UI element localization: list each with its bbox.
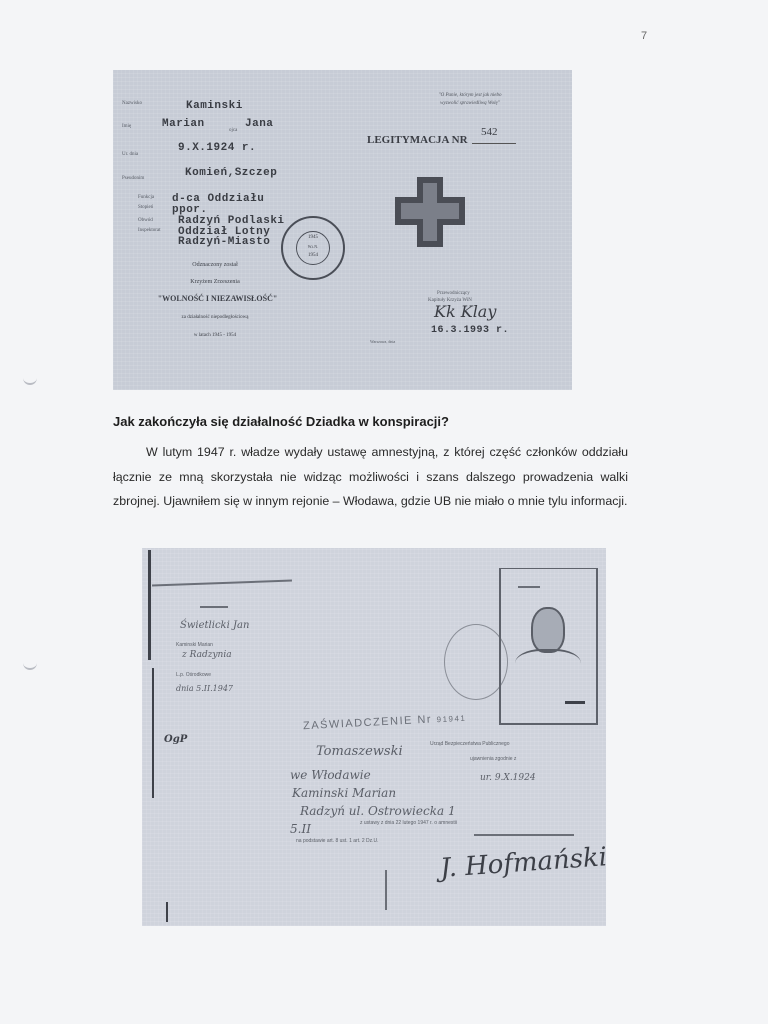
printed-line: na podstawie art. 8 ust. 1 art. 2 Dz.U. (296, 838, 379, 844)
stub-line: dnia 5.II.1947 (176, 684, 233, 693)
field-label: Pseudonim (122, 176, 144, 181)
award-line: Odznaczony został (150, 262, 280, 268)
stub-border-line (152, 668, 154, 798)
handwritten-line: Tomaszewski (316, 744, 403, 759)
cross-emblem-icon (395, 177, 465, 247)
punch-hole-top (23, 376, 37, 385)
award-title: "WOLNOŚĆ I NIEZAWISŁOŚĆ" (120, 294, 315, 303)
photo-mark (565, 701, 585, 704)
field-label: Inspektorat (138, 228, 161, 233)
stub-line: z Radzynia (182, 650, 232, 660)
number-underline (472, 143, 516, 144)
field-label: Stopień (138, 205, 153, 210)
handwritten-line: Kaminski Marian (292, 786, 396, 800)
portrait-face (531, 607, 565, 653)
field-label: Ur. dnia (122, 152, 138, 157)
page-number: 7 (641, 30, 647, 42)
stamp-line (385, 870, 387, 910)
unit-location-value: Radzyń-Miasto (178, 236, 270, 248)
field-label: Funkcja (138, 195, 154, 200)
signature-line (474, 834, 574, 836)
field-label: Obwód (138, 218, 153, 223)
portrait-shoulders (515, 649, 581, 685)
stub-border-line (148, 550, 151, 660)
field-label: Nazwisko (122, 101, 142, 106)
handwritten-line: 5.II (290, 822, 311, 836)
stub-line: Świetlicki Jan (180, 620, 249, 631)
card-motto: "O Panie, którym jest jak niebo wyzwolić… (395, 92, 545, 108)
round-seal-stamp: 1945 W.i.N. 1954 (281, 216, 345, 280)
surname-value: Kaminski (186, 100, 243, 112)
legitymacja-number: 542 (481, 126, 498, 138)
printed-line: Urząd Bezpieczeństwa Publicznego (430, 741, 510, 747)
first-name-value: Marian (162, 118, 205, 130)
photo-top-mark (518, 586, 540, 588)
printed-line: ujawnienia zgodnie z (470, 756, 516, 762)
award-line: za działalność niepodległościową (140, 315, 290, 320)
award-line: w latach 1945 - 1954 (140, 333, 290, 338)
handwritten-line: we Włodawie (290, 768, 371, 782)
printed-line: ur. 9.X.1924 (480, 773, 536, 783)
handwritten-line: Radzyń ul. Ostrowiecka 1 (300, 804, 456, 818)
id-photo (499, 568, 598, 725)
signature: Kk Klay (434, 302, 496, 321)
place-label: Warszawa, dnia (370, 339, 395, 344)
birth-date-value: 9.X.1924 r. (178, 142, 256, 154)
printed-line: z ustawy z dnia 22 lutego 1947 r. o amne… (360, 820, 457, 826)
legitymacja-title: LEGITYMACJA NR (367, 134, 468, 146)
field-label: ojca (229, 128, 237, 133)
stub-line: Kaminski Marian (176, 642, 213, 648)
answer-paragraph: W lutym 1947 r. władze wydały ustawę amn… (113, 440, 628, 514)
section-heading: Jak zakończyła się działalność Dziadka w… (113, 414, 449, 429)
issue-date: 16.3.1993 r. (431, 325, 509, 336)
stub-mark (200, 606, 228, 608)
pseudonym-value: Komień,Szczep (185, 167, 277, 179)
award-line: Krzyżem Zrzeszenia (150, 279, 280, 285)
signatory-title: Przewodniczący (437, 291, 470, 296)
punch-hole-bottom (23, 661, 37, 670)
stub-border-line (166, 902, 168, 922)
field-label: Imię (122, 124, 131, 129)
father-name-value: Jana (245, 118, 273, 130)
stub-line: L.p. Ośrodkowe (176, 672, 211, 678)
stub-mark-text: OgP (164, 734, 187, 745)
